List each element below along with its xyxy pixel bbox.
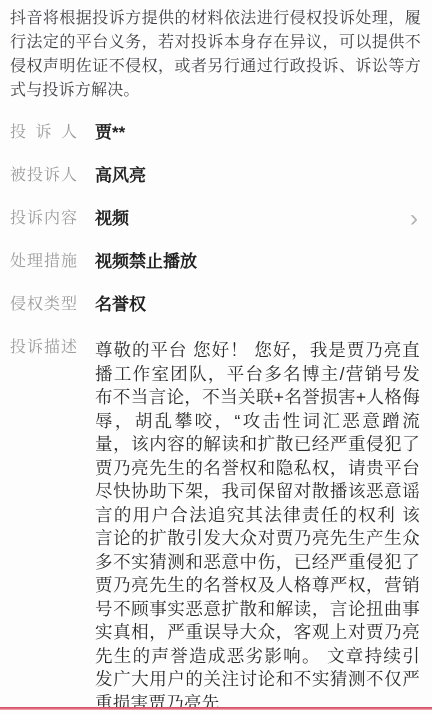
field-row-complaint-content[interactable]: 投诉内容 视频 ›	[10, 210, 420, 228]
field-value-respondent: 高风亮	[95, 167, 146, 185]
chevron-right-icon: ›	[410, 211, 420, 227]
field-label-respondent: 被投诉人	[10, 167, 77, 185]
bottom-cutoff-mask	[0, 710, 432, 714]
field-value-complaint-content: 视频	[95, 210, 129, 228]
field-label-description: 投诉描述	[10, 339, 77, 357]
field-value-complainant: 贾**	[95, 124, 125, 142]
field-row-respondent: 被投诉人 高风亮	[10, 167, 420, 185]
bottom-red-divider	[0, 707, 432, 710]
field-row-description: 投诉描述 尊敬的平台 您好！ 您好，我是贾乃亮直播工作室团队，平台多名博主/营销…	[10, 339, 420, 714]
field-label-handling-measure: 处理措施	[10, 253, 77, 271]
complaint-form: 投诉人 贾** 被投诉人 高风亮 投诉内容 视频 › 处理措施 视频禁止播放 侵…	[0, 124, 432, 714]
platform-notice-text: 抖音将根据投诉方提供的材料依法进行侵权投诉处理，履行法定的平台义务，若对投诉本身…	[0, 0, 432, 103]
complaint-detail-page: 抖音将根据投诉方提供的材料依法进行侵权投诉处理，履行法定的平台义务，若对投诉本身…	[0, 0, 432, 714]
field-label-complainant: 投诉人	[10, 124, 77, 142]
field-value-infringement-type: 名誉权	[95, 296, 146, 314]
field-row-handling-measure: 处理措施 视频禁止播放	[10, 253, 420, 271]
field-value-description-text: 尊敬的平台 您好！ 您好，我是贾乃亮直播工作室团队，平台多名博主/营销号发布不当…	[95, 339, 420, 714]
field-value-handling-measure: 视频禁止播放	[95, 253, 197, 271]
field-label-complaint-content: 投诉内容	[10, 210, 77, 228]
field-row-complainant: 投诉人 贾**	[10, 124, 420, 142]
field-row-infringement-type: 侵权类型 名誉权	[10, 296, 420, 314]
field-label-infringement-type: 侵权类型	[10, 296, 77, 314]
